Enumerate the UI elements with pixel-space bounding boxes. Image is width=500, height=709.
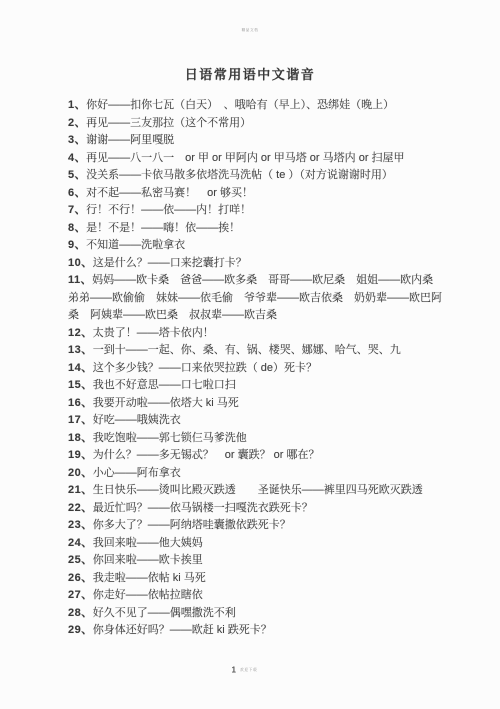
item-text: 生日快乐——烫叫比殿灭跌透 圣诞快乐——裤里四马死欧灭跌透 (93, 484, 423, 496)
list-item: 25、你回来啦——欧卡挨里 (68, 552, 442, 570)
list-item: 21、生日快乐——烫叫比殿灭跌透 圣诞快乐——裤里四马死欧灭跌透 (68, 482, 442, 500)
phrase-list: 1、你好——扣你七瓦（白天） 、哦哈有（早上）、恐绑娃（晚上） 2、再见——三友… (68, 97, 442, 640)
item-text: 小心——阿布拿衣 (93, 467, 181, 479)
item-text: 太贵了！——塔卡依内！ (93, 327, 214, 339)
item-number: 9、 (68, 239, 86, 251)
item-text: 我也不好意思——口七啦口扫 (93, 379, 236, 391)
list-item: 14、这个多少钱？——口来依哭拉跌（ de）死卡？ (68, 360, 442, 378)
list-item: 5、没关系——卡依马散多依塔洗马洗帖（ te ）（对方说谢谢时用） (68, 167, 442, 185)
item-text: 你多大了？——阿纳塔哇囊撒依跌死卡？ (93, 519, 291, 531)
list-item: 10、这是什么？——口来挖囊打卡？ (68, 255, 442, 273)
item-text: 我吃饱啦——郭七锁仨马爹洗他 (93, 432, 247, 444)
item-text: 为什么？——多无锡忒？ or 囊跌？ or 哪在？ (93, 449, 320, 461)
list-item: 13、一到十——一起、你、桑、有、锅、楼哭、娜娜、哈气、哭、九 (68, 342, 442, 360)
list-item: 4、再见——八一八一 or 甲 or 甲阿内 or 甲马塔 or 马塔内 or … (68, 150, 442, 168)
list-item: 19、为什么？——多无锡忒？ or 囊跌？ or 哪在？ (68, 447, 442, 465)
item-number: 28、 (68, 607, 93, 619)
item-text: 我走啦——依帖 ki 马死 (93, 572, 206, 584)
item-text: 好吃——哦姨洗衣 (93, 414, 181, 426)
item-number: 24、 (68, 537, 93, 549)
list-item: 22、最近忙吗？——依马锅楼一扫嘎洗衣跌死卡？ (68, 500, 442, 518)
item-text: 行！不行！——依——内！打咩！ (86, 204, 251, 216)
list-item: 1、你好——扣你七瓦（白天） 、哦哈有（早上）、恐绑娃（晚上） (68, 97, 442, 115)
item-number: 27、 (68, 589, 93, 601)
item-number: 7、 (68, 204, 86, 216)
item-number: 18、 (68, 432, 93, 444)
item-number: 4、 (68, 152, 86, 164)
list-item: 28、好久不见了——偶嘿撒洗不利 (68, 605, 442, 623)
item-number: 19、 (68, 449, 93, 461)
item-text: 你走好——依帖拉瞎依 (93, 589, 203, 601)
list-item: 24、我回来啦——他大姨妈 (68, 535, 442, 553)
item-number: 1、 (68, 99, 86, 111)
item-text: 不知道——洗啦拿衣 (86, 239, 185, 251)
item-number: 8、 (68, 222, 86, 234)
item-text: 是！不是！——嗨！依——挨！ (86, 222, 240, 234)
item-text: 这个多少钱？——口来依哭拉跌（ de）死卡？ (93, 362, 317, 374)
list-item: 7、行！不行！——依——内！打咩！ (68, 202, 442, 220)
list-item: 15、我也不好意思——口七啦口扫 (68, 377, 442, 395)
item-number: 17、 (68, 414, 93, 426)
item-number: 14、 (68, 362, 93, 374)
item-text: 你身体还好吗？——欧赶 ki 跌死卡？ (93, 624, 272, 636)
item-number: 26、 (68, 572, 93, 584)
item-number: 2、 (68, 117, 86, 129)
item-text: 我回来啦——他大姨妈 (93, 537, 203, 549)
item-number: 29、 (68, 624, 93, 636)
item-number: 11、 (68, 274, 92, 286)
list-item: 16、我要开动啦——依塔大 ki 马死 (68, 395, 442, 413)
list-item: 20、小心——阿布拿衣 (68, 465, 442, 483)
footer: 1 欢迎下载 (0, 661, 500, 679)
item-text: 再见——八一八一 or 甲 or 甲阿内 or 甲马塔 or 马塔内 or 扫屋… (86, 152, 404, 164)
list-item: 27、你走好——依帖拉瞎依 (68, 587, 442, 605)
item-text: 你好——扣你七瓦（白天） 、哦哈有（早上）、恐绑娃（晚上） (86, 99, 394, 111)
item-text: 谢谢——阿里嘎脱 (86, 134, 174, 146)
item-number: 23、 (68, 519, 93, 531)
item-text: 我要开动啦——依塔大 ki 马死 (93, 397, 239, 409)
item-text: 妈妈——欧卡桑 爸爸——欧多桑 哥哥——欧尼桑 姐姐——欧内桑 弟弟——欧偷偷 … (68, 274, 444, 321)
list-item: 9、不知道——洗啦拿衣 (68, 237, 442, 255)
item-text: 再见——三友那拉（这个不常用） (86, 117, 251, 129)
item-number: 13、 (68, 344, 93, 356)
list-item: 11、妈妈——欧卡桑 爸爸——欧多桑 哥哥——欧尼桑 姐姐——欧内桑 弟弟——欧… (68, 272, 442, 325)
item-text: 最近忙吗？——依马锅楼一扫嘎洗衣跌死卡？ (93, 502, 313, 514)
item-text: 没关系——卡依马散多依塔洗马洗帖（ te ）（对方说谢谢时用） (86, 169, 393, 181)
item-text: 对不起——私密马赛！ or 够买！ (86, 187, 253, 199)
item-number: 3、 (68, 134, 86, 146)
item-number: 5、 (68, 169, 86, 181)
item-number: 12、 (68, 327, 93, 339)
item-text: 好久不见了——偶嘿撒洗不利 (93, 607, 236, 619)
list-item: 6、对不起——私密马赛！ or 够买！ (68, 185, 442, 203)
list-item: 29、你身体还好吗？——欧赶 ki 跌死卡？ (68, 622, 442, 640)
list-item: 12、太贵了！——塔卡依内！ (68, 325, 442, 343)
footer-note: 欢迎下载 (240, 667, 257, 673)
item-text: 这是什么？——口来挖囊打卡？ (93, 257, 247, 269)
item-number: 25、 (68, 554, 93, 566)
item-text: 一到十——一起、你、桑、有、锅、楼哭、娜娜、哈气、哭、九 (93, 344, 401, 356)
item-number: 22、 (68, 502, 93, 514)
list-item: 26、我走啦——依帖 ki 马死 (68, 570, 442, 588)
list-item: 3、谢谢——阿里嘎脱 (68, 132, 442, 150)
item-number: 21、 (68, 484, 93, 496)
item-number: 10、 (68, 257, 93, 269)
item-number: 6、 (68, 187, 86, 199)
list-item: 17、好吃——哦姨洗衣 (68, 412, 442, 430)
item-number: 20、 (68, 467, 93, 479)
list-item: 8、是！不是！——嗨！依——挨！ (68, 220, 442, 238)
item-text: 你回来啦——欧卡挨里 (93, 554, 203, 566)
page-title: 日语常用语中文谐音 (0, 64, 500, 83)
page-number: 1 (232, 665, 236, 674)
list-item: 2、再见——三友那拉（这个不常用） (68, 115, 442, 133)
header-watermark: 精品文档 (100, 27, 400, 32)
document-page: 精品文档 日语常用语中文谐音 1、你好——扣你七瓦（白天） 、哦哈有（早上）、恐… (0, 0, 500, 709)
list-item: 23、你多大了？——阿纳塔哇囊撒依跌死卡？ (68, 517, 442, 535)
list-item: 18、我吃饱啦——郭七锁仨马爹洗他 (68, 430, 442, 448)
item-number: 16、 (68, 397, 93, 409)
item-number: 15、 (68, 379, 93, 391)
